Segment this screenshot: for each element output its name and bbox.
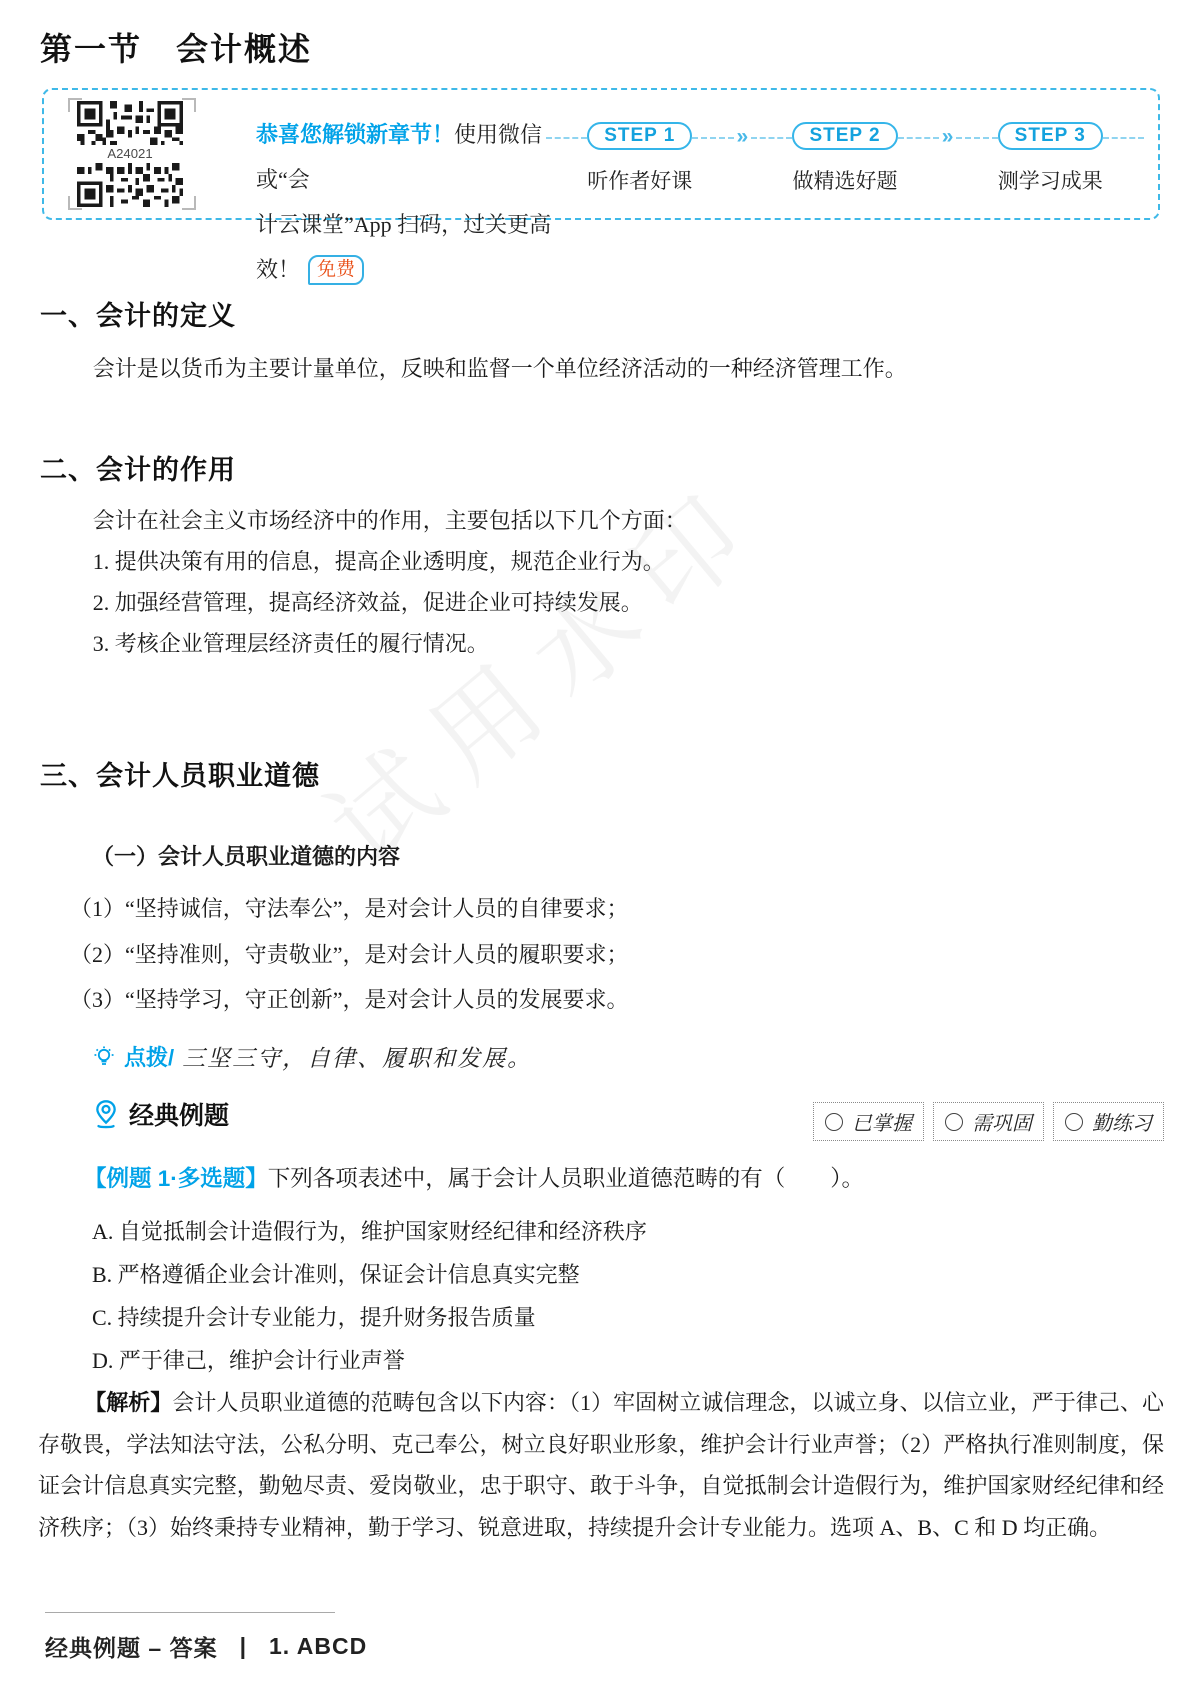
footer-label: 经典例题 – 答案: [45, 1630, 218, 1663]
radio-circle-icon: [825, 1113, 843, 1131]
footer-answers-row: 经典例题 – 答案 | 1. ABCD: [45, 1630, 367, 1663]
footer-divider: [45, 1612, 335, 1613]
tip-label: 点拨/: [124, 1041, 174, 1072]
step-3-label: 测学习成果: [998, 165, 1103, 195]
chapter-unlock-banner: A24021 恭喜您解锁新章节！使用微信或“会 计云课堂”App 扫码，过关更高…: [42, 88, 1160, 220]
question-1-options: A. 自觉抵制会计造假行为，维护国家财经纪律和经济秩序 B. 严格遵循企业会计准…: [92, 1210, 647, 1382]
banner-line2-text: 计云课堂”App 扫码，过关更高效！: [256, 212, 551, 282]
qr-code-label: A24021: [107, 146, 152, 161]
section-2-intro: 会计在社会主义市场经济中的作用，主要包括以下几个方面：: [40, 500, 1160, 541]
status-label: 已掌握: [852, 1107, 912, 1136]
section-2-item: 3. 考核企业管理层经济责任的履行情况。: [40, 623, 1160, 664]
ethics-item: （3）“坚持学习，守正创新”，是对会计人员的发展要求。: [70, 977, 1160, 1023]
banner-line-2: 计云课堂”App 扫码，过关更高效！免费: [256, 202, 586, 292]
analysis-text: 会计人员职业道德的范畴包含以下内容：（1）牢固树立诚信理念，以诚立身、以信立业，…: [38, 1390, 1164, 1540]
tip-row: 点拨/ 三坚三守，自律、履职和发展。: [92, 1040, 532, 1073]
section-1-paragraph: 会计是以货币为主要计量单位，反映和监督一个单位经济活动的一种经济管理工作。: [40, 352, 1160, 383]
section-3-subheading: （一）会计人员职业道德的内容: [92, 840, 400, 871]
status-label: 勤练习: [1092, 1107, 1152, 1136]
step-2: STEP 2 做精选好题: [792, 122, 897, 195]
step-3: STEP 3 测学习成果: [998, 122, 1103, 195]
lightbulb-icon: [92, 1045, 116, 1069]
qr-corner-mark: [182, 196, 196, 210]
qr-code-image: A24021: [77, 101, 183, 207]
examples-heading: 经典例题: [129, 1096, 229, 1132]
status-option-mastered[interactable]: 已掌握: [813, 1102, 924, 1141]
footer-answers: 1. ABCD: [269, 1633, 367, 1660]
step-1-label: 听作者好课: [587, 165, 692, 195]
step-1: STEP 1 听作者好课: [587, 122, 692, 195]
status-label: 需巩固: [972, 1107, 1032, 1136]
tip-text: 三坚三守，自律、履职和发展。: [182, 1040, 532, 1073]
option-c: C. 持续提升会计专业能力，提升财务报告质量: [92, 1296, 647, 1339]
dashed-connector: [956, 137, 997, 139]
section-2-item: 1. 提供决策有用的信息，提高企业透明度，规范企业行为。: [40, 541, 1160, 582]
textbook-page: 第一节 会计概述 A24021: [0, 0, 1200, 1692]
question-1-analysis: 【解析】会计人员职业道德的范畴包含以下内容：（1）牢固树立诚信理念，以诚立身、以…: [38, 1382, 1164, 1548]
step-3-pill: STEP 3: [998, 122, 1103, 150]
steps-flow: STEP 1 听作者好课 » STEP 2 做精选好题 » STEP 3 测学习…: [546, 122, 1144, 195]
section-3-heading: 三、会计人员职业道德: [40, 754, 320, 793]
analysis-label: 【解析】: [84, 1390, 172, 1415]
qr-code: A24021: [68, 98, 196, 210]
status-option-review[interactable]: 需巩固: [933, 1102, 1044, 1141]
free-badge: 免费: [308, 255, 364, 285]
question-1-stem: 下列各项表述中，属于会计人员职业道德范畴的有（ ）。: [268, 1166, 864, 1191]
step-1-pill: STEP 1: [587, 122, 692, 150]
banner-line-1: 恭喜您解锁新章节！使用微信或“会: [256, 112, 586, 202]
banner-text: 恭喜您解锁新章节！使用微信或“会 计云课堂”App 扫码，过关更高效！免费: [256, 112, 586, 292]
question-1-stem-row: 【例题 1·多选题】下列各项表述中，属于会计人员职业道德范畴的有（ ）。: [84, 1162, 1164, 1196]
option-b: B. 严格遵循企业会计准则，保证会计信息真实完整: [92, 1253, 647, 1296]
dashed-connector: [546, 137, 587, 139]
section-2-item: 2. 加强经营管理，提高经济效益，促进企业可持续发展。: [40, 582, 1160, 623]
banner-highlight: 恭喜您解锁新章节！: [256, 122, 454, 147]
chevron-right-icon: »: [939, 125, 957, 149]
location-pin-icon: [92, 1099, 120, 1129]
dashed-connector: [751, 137, 792, 139]
step-2-label: 做精选好题: [793, 165, 898, 195]
step-2-pill: STEP 2: [792, 122, 897, 150]
radio-circle-icon: [945, 1113, 963, 1131]
examples-heading-row: 经典例题: [92, 1096, 229, 1132]
status-options: 已掌握 需巩固 勤练习: [813, 1102, 1164, 1141]
section-2-body: 会计在社会主义市场经济中的作用，主要包括以下几个方面： 1. 提供决策有用的信息…: [40, 500, 1160, 664]
section-1-heading: 一、会计的定义: [40, 294, 236, 333]
section-2-heading: 二、会计的作用: [40, 448, 236, 487]
dashed-connector: [692, 137, 733, 139]
ethics-item: （2）“坚持准则，守责敬业”，是对会计人员的履职要求；: [70, 932, 1160, 978]
qr-corner-mark: [182, 98, 196, 112]
question-1-tag: 【例题 1·多选题】: [84, 1166, 268, 1191]
option-d: D. 严于律己，维护会计行业声誉: [92, 1339, 647, 1382]
chevron-right-icon: »: [734, 125, 752, 149]
footer-separator: |: [240, 1633, 247, 1660]
dashed-connector: [1103, 137, 1144, 139]
page-title: 第一节 会计概述: [40, 24, 312, 70]
radio-circle-icon: [1065, 1113, 1083, 1131]
dashed-connector: [898, 137, 939, 139]
ethics-item: （1）“坚持诚信，守法奉公”，是对会计人员的自律要求；: [70, 886, 1160, 932]
status-option-practice[interactable]: 勤练习: [1053, 1102, 1164, 1141]
option-a: A. 自觉抵制会计造假行为，维护国家财经纪律和经济秩序: [92, 1210, 647, 1253]
section-3-items: （1）“坚持诚信，守法奉公”，是对会计人员的自律要求； （2）“坚持准则，守责敬…: [70, 886, 1160, 1023]
